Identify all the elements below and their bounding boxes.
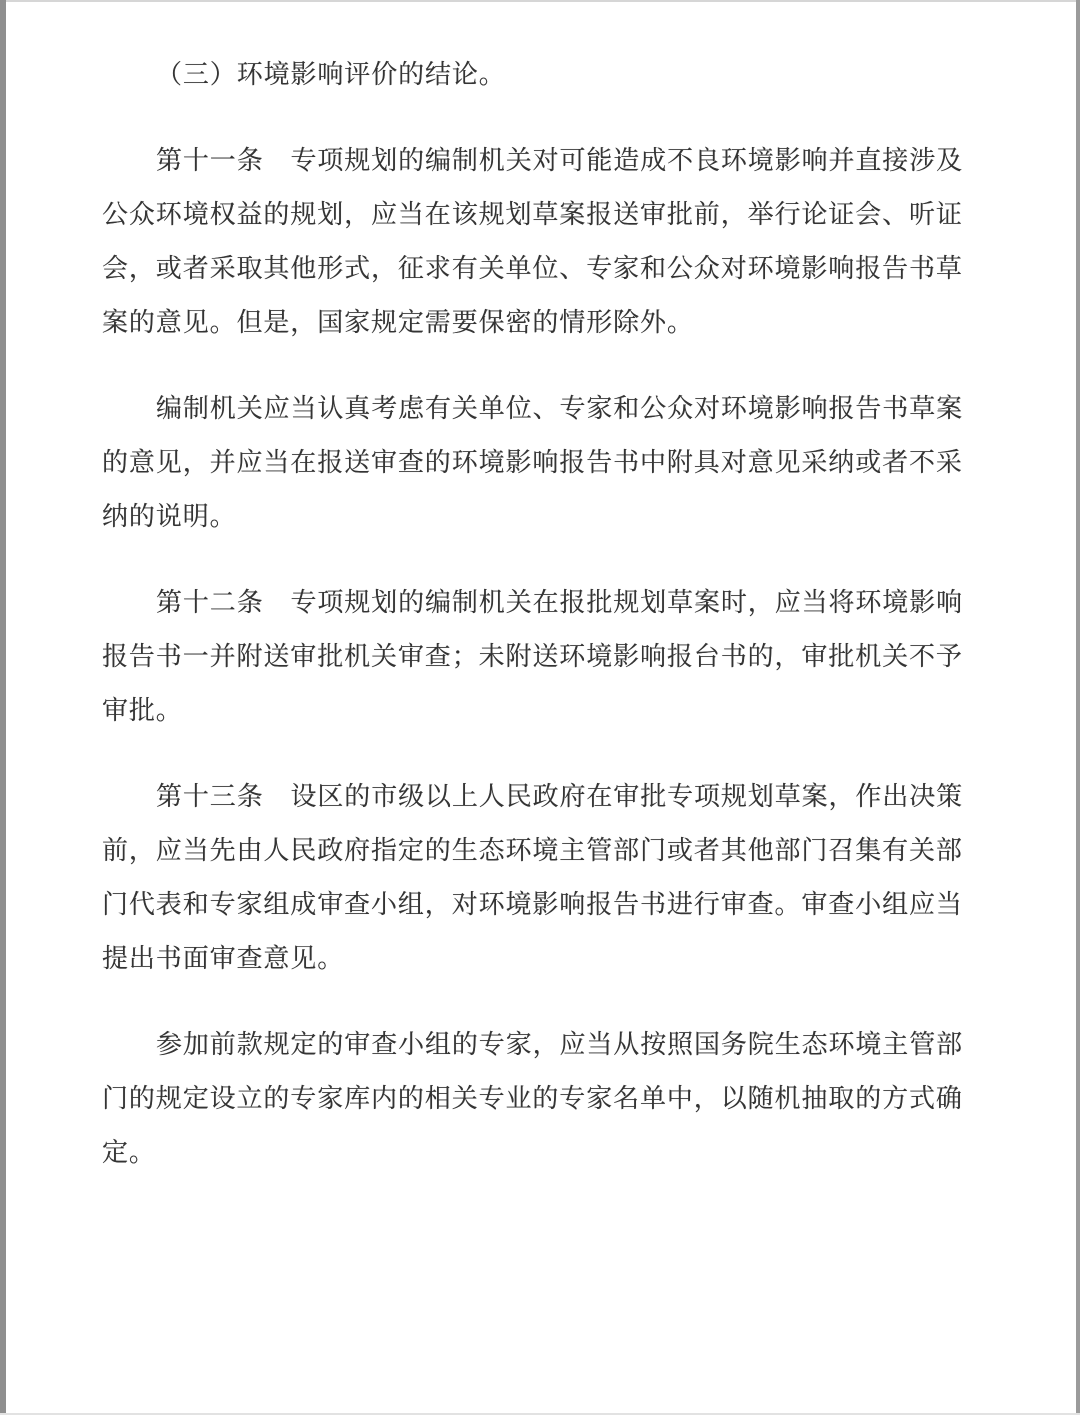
text-line: 编制机关应当认真考虑有关单位、专家和公众对环境影响报告书草案: [102, 382, 968, 436]
text-line: 公众环境权益的规划，应当在该规划草案报送审批前，举行论证会、听证: [102, 188, 968, 242]
paragraph-article-12: 第十二条 专项规划的编制机关在报批规划草案时，应当将环境影响 报告书一并附送审批…: [102, 576, 968, 738]
text-line: 门代表和专家组成审查小组，对环境影响报告书进行审查。审查小组应当: [102, 878, 968, 932]
text-line: 第十二条 专项规划的编制机关在报批规划草案时，应当将环境影响: [102, 576, 968, 630]
document-body: （三）环境影响评价的结论。 第十一条 专项规划的编制机关对可能造成不良环境影响并…: [102, 48, 968, 1180]
text-line: 报告书一并附送审批机关审查；未附送环境影响报台书的，审批机关不予: [102, 630, 968, 684]
text-line: 提出书面审查意见。: [102, 932, 968, 986]
text-line: 门的规定设立的专家库内的相关专业的专家名单中，以随机抽取的方式确: [102, 1072, 968, 1126]
text-line: 纳的说明。: [102, 490, 968, 544]
text-line: 第十三条 设区的市级以上人民政府在审批专项规划草案，作出决策: [102, 770, 968, 824]
paragraph-article-13-2: 参加前款规定的审查小组的专家，应当从按照国务院生态环境主管部 门的规定设立的专家…: [102, 1018, 968, 1180]
text-line: 第十一条 专项规划的编制机关对可能造成不良环境影响并直接涉及: [102, 134, 968, 188]
text-line: 的意见，并应当在报送审查的环境影响报告书中附具对意见采纳或者不采: [102, 436, 968, 490]
text-line: 前，应当先由人民政府指定的生态环境主管部门或者其他部门召集有关部: [102, 824, 968, 878]
text-line: 参加前款规定的审查小组的专家，应当从按照国务院生态环境主管部: [102, 1018, 968, 1072]
paragraph-article-13: 第十三条 设区的市级以上人民政府在审批专项规划草案，作出决策 前，应当先由人民政…: [102, 770, 968, 986]
section-heading: （三）环境影响评价的结论。: [102, 48, 968, 102]
text-line: 审批。: [102, 684, 968, 738]
scan-edge-top: [0, 0, 1080, 2]
text-line: 案的意见。但是，国家规定需要保密的情形除外。: [102, 296, 968, 350]
paragraph-article-11-2: 编制机关应当认真考虑有关单位、专家和公众对环境影响报告书草案 的意见，并应当在报…: [102, 382, 968, 544]
scan-edge-right: [1076, 0, 1080, 1415]
scanned-document-page: （三）环境影响评价的结论。 第十一条 专项规划的编制机关对可能造成不良环境影响并…: [0, 0, 1080, 1415]
paragraph-article-11: 第十一条 专项规划的编制机关对可能造成不良环境影响并直接涉及 公众环境权益的规划…: [102, 134, 968, 350]
text-line: 定。: [102, 1126, 968, 1180]
text-line: 会，或者采取其他形式，征求有关单位、专家和公众对环境影响报告书草: [102, 242, 968, 296]
scan-edge-left: [0, 0, 6, 1415]
